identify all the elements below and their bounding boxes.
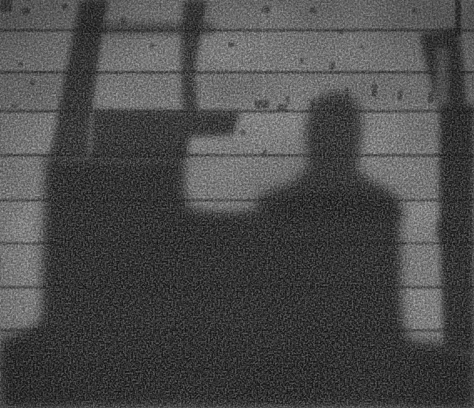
vignette-overlay — [0, 0, 474, 408]
photo: Grainy black-and-white photograph of the… — [0, 0, 474, 408]
photo-canvas: Grainy black-and-white photograph of the… — [0, 0, 474, 408]
